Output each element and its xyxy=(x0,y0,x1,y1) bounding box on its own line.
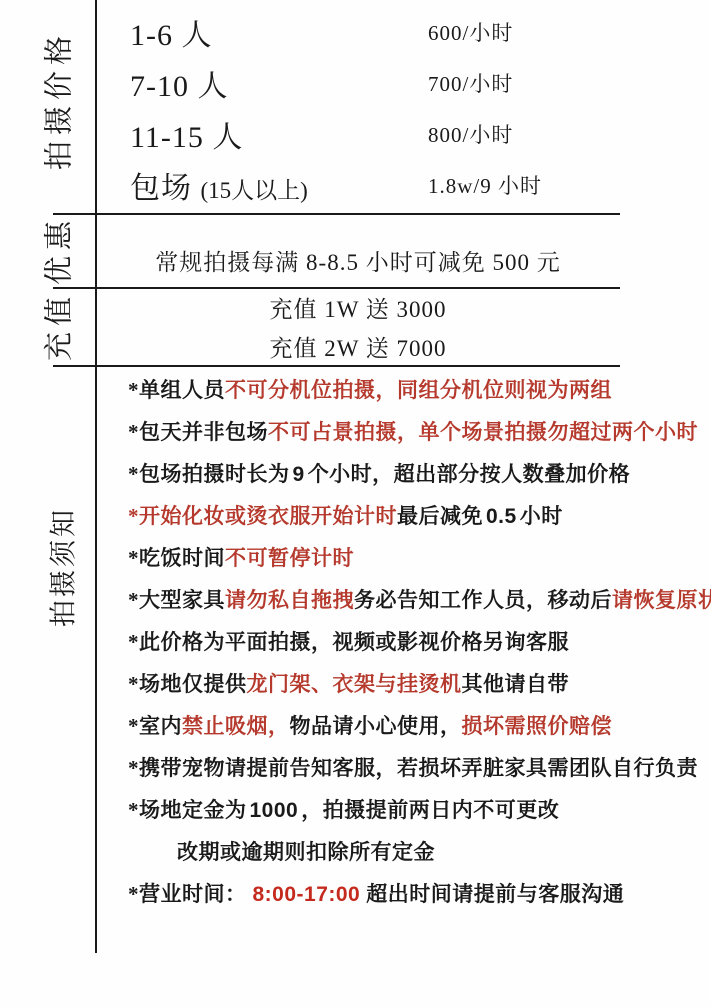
divider-pricing-discount xyxy=(53,213,620,215)
pricing-row: 7-10 人700/小时 xyxy=(130,57,600,108)
note-segment: *单组人员 xyxy=(128,378,225,402)
note-segment: *吃饭时间 xyxy=(128,546,225,570)
discount-text: 常规拍摄每满 8-8.5 小时可减免 500 元 xyxy=(96,244,620,277)
price-value: 800/小时 xyxy=(428,119,598,149)
pricing-rows: 1-6 人600/小时7-10 人700/小时11-15 人800/小时包场 (… xyxy=(130,6,600,210)
note-segment: 超出时间请提前与客服沟通 xyxy=(366,882,624,906)
recharge-line: 充值 1W 送 3000 xyxy=(96,291,620,324)
note-line: *此价格为平面拍摄，视频或影视价格另询客服 xyxy=(128,621,703,663)
note-line: *包场拍摄时长为9个小时，超出部分按人数叠加价格 xyxy=(128,453,703,495)
note-segment: 物品请小心使用， xyxy=(290,714,462,738)
note-segment: 不可分机位拍摄，同组分机位则视为两组 xyxy=(225,378,612,402)
note-line: *开始化妆或烫衣服开始计时最后减免0.5小时 xyxy=(128,495,703,537)
note-line: 改期或逾期则扣除所有定金 xyxy=(128,831,703,873)
note-segment: 不可暂停计时 xyxy=(225,546,354,570)
tier-label: 11-15 人 xyxy=(130,112,428,156)
note-line: *场地定金为1000，拍摄提前两日内不可更改 xyxy=(128,789,703,831)
note-line: *携带宠物请提前告知客服，若损坏弄脏家具需团队自行负责 xyxy=(128,747,703,789)
note-line: *营业时间：8:00-17:00超出时间请提前与客服沟通 xyxy=(128,873,703,915)
note-segment: 禁止吸烟， xyxy=(182,714,290,738)
note-segment: 不可占景拍摄，单个场景拍摄勿超过两个小时 xyxy=(268,420,698,444)
note-line: *吃饭时间不可暂停计时 xyxy=(128,537,703,579)
section-label-discount: 优惠 xyxy=(37,215,78,285)
note-segment: *大型家具 xyxy=(128,588,225,612)
pricing-row: 11-15 人800/小时 xyxy=(130,108,600,159)
notes-list: *单组人员不可分机位拍摄，同组分机位则视为两组*包天并非包场不可占景拍摄，单个场… xyxy=(128,369,703,915)
note-line: *室内禁止吸烟，物品请小心使用，损坏需照价赔偿 xyxy=(128,705,703,747)
price-value: 600/小时 xyxy=(428,17,598,47)
tier-note: (15人以上) xyxy=(201,178,308,203)
table-vertical-rule xyxy=(95,0,97,953)
note-segment: *包场拍摄时长为 xyxy=(128,462,290,486)
note-segment: 务必告知工作人员，移动后 xyxy=(354,588,612,612)
note-segment: *营业时间： xyxy=(128,882,247,906)
note-segment: 其他请自带 xyxy=(462,672,570,696)
note-segment: *携带宠物请提前告知客服，若损坏弄脏家具需团队自行负责 xyxy=(128,756,698,780)
price-value: 700/小时 xyxy=(428,68,598,98)
note-segment: 9 xyxy=(293,463,305,486)
note-segment: *室内 xyxy=(128,714,182,738)
section-label-recharge: 充值 xyxy=(37,291,78,361)
note-line: *大型家具请勿私自拖拽务必告知工作人员，移动后请恢复原状 xyxy=(128,579,703,621)
note-segment: 改期或逾期则扣除所有定金 xyxy=(177,840,435,864)
note-segment: *包天并非包场 xyxy=(128,420,268,444)
note-segment: ，拍摄提前两日内不可更改 xyxy=(301,798,559,822)
section-label-pricing: 拍摄价格 xyxy=(37,30,78,170)
recharge-line: 充值 2W 送 7000 xyxy=(96,330,620,363)
studio-price-notice-sheet: 拍摄价格 优惠 充值 拍摄须知 1-6 人600/小时7-10 人700/小时1… xyxy=(0,0,711,1007)
tier-label: 包场 (15人以上) xyxy=(130,163,428,207)
note-segment: 1000 xyxy=(250,799,299,822)
recharge-lines: 充值 1W 送 3000充值 2W 送 7000 xyxy=(96,288,620,366)
note-segment: 最后减免 xyxy=(397,504,483,528)
note-segment: *场地定金为 xyxy=(128,798,247,822)
price-value: 1.8w/9 小时 xyxy=(428,170,598,200)
note-segment: *开始化妆或烫衣服开始计时 xyxy=(128,504,397,528)
note-segment: 8:00-17:00 xyxy=(253,883,361,906)
note-segment: 请恢复原状 xyxy=(612,588,711,612)
note-segment: 0.5 xyxy=(486,505,517,528)
note-segment: *此价格为平面拍摄，视频或影视价格另询客服 xyxy=(128,630,569,654)
tier-label: 7-10 人 xyxy=(130,61,428,105)
note-line: *包天并非包场不可占景拍摄，单个场景拍摄勿超过两个小时 xyxy=(128,411,703,453)
pricing-row: 包场 (15人以上)1.8w/9 小时 xyxy=(130,159,600,210)
note-line: *单组人员不可分机位拍摄，同组分机位则视为两组 xyxy=(128,369,703,411)
note-segment: 龙门架、衣架与挂烫机 xyxy=(247,672,462,696)
note-segment: 小时 xyxy=(520,504,563,528)
pricing-row: 1-6 人600/小时 xyxy=(130,6,600,57)
note-segment: *场地仅提供 xyxy=(128,672,247,696)
note-segment: 损坏需照价赔偿 xyxy=(462,714,613,738)
section-label-notes: 拍摄须知 xyxy=(42,507,81,627)
note-segment: 请勿私自拖拽 xyxy=(225,588,354,612)
note-line: *场地仅提供龙门架、衣架与挂烫机其他请自带 xyxy=(128,663,703,705)
tier-label: 1-6 人 xyxy=(130,10,428,54)
note-segment: 个小时，超出部分按人数叠加价格 xyxy=(308,462,631,486)
